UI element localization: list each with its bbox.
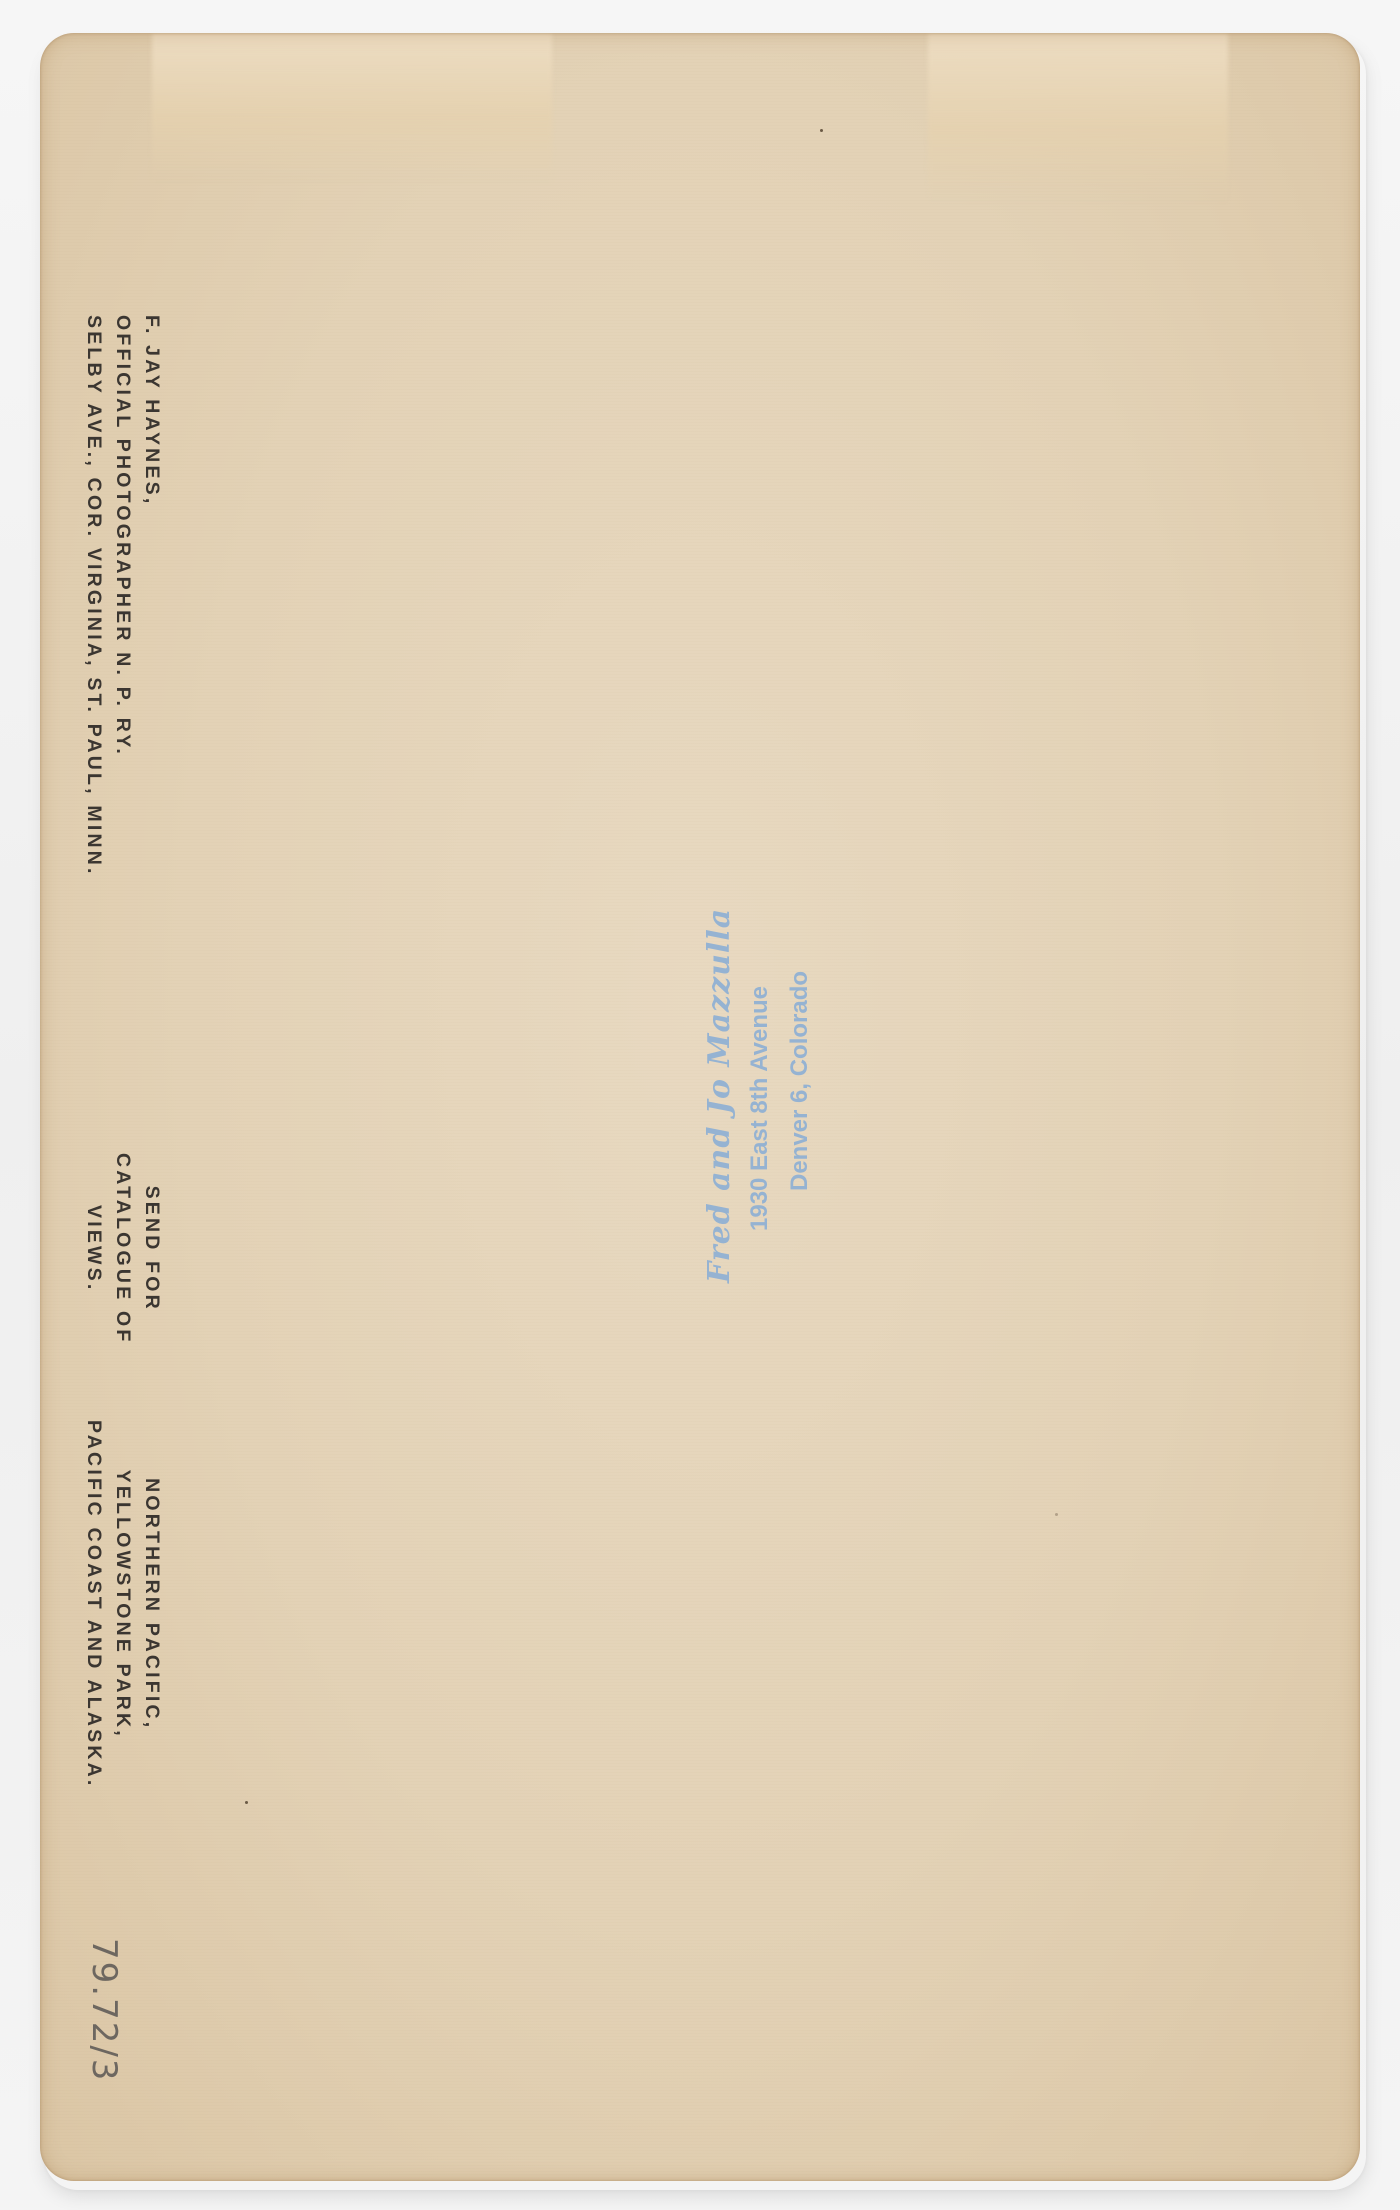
regions-block: NORTHERN PACIFIC, YELLOWSTONE PARK, PACI…	[79, 1420, 166, 1789]
adhesive-residue-right	[928, 33, 1228, 203]
region-line-1: NORTHERN PACIFIC,	[137, 1420, 166, 1789]
adhesive-residue-left	[152, 33, 552, 183]
region-line-3: PACIFIC COAST AND ALASKA.	[79, 1420, 108, 1789]
photographer-name: F. JAY HAYNES,	[137, 315, 166, 877]
speck	[245, 1801, 248, 1804]
catalogue-notice-block: SEND FOR CATALOGUE OF VIEWS.	[79, 1153, 166, 1345]
region-line-2: YELLOWSTONE PARK,	[108, 1420, 137, 1789]
catalogue-line-1: SEND FOR	[137, 1153, 166, 1345]
catalogue-line-2: CATALOGUE OF	[108, 1153, 137, 1345]
photographer-address-block: F. JAY HAYNES, OFFICIAL PHOTOGRAPHER N. …	[79, 315, 166, 877]
photographer-title: OFFICIAL PHOTOGRAPHER N. P. RY.	[108, 315, 137, 877]
speck	[1055, 1513, 1058, 1516]
stamp-city: Denver 6, Colorado	[780, 908, 820, 1283]
stamp-street-address: 1930 East 8th Avenue	[740, 908, 780, 1283]
collector-stamp: Fred and Jo Mazzulla 1930 East 8th Avenu…	[700, 908, 820, 1283]
pencil-accession-number: 79.72/3	[84, 1938, 124, 2082]
catalogue-line-3: VIEWS.	[79, 1153, 108, 1345]
speck	[820, 129, 823, 132]
stamp-collector-name: Fred and Jo Mazzulla	[700, 908, 740, 1283]
photographer-street-address: SELBY AVE., COR. VIRGINIA, ST. PAUL, MIN…	[79, 315, 108, 877]
